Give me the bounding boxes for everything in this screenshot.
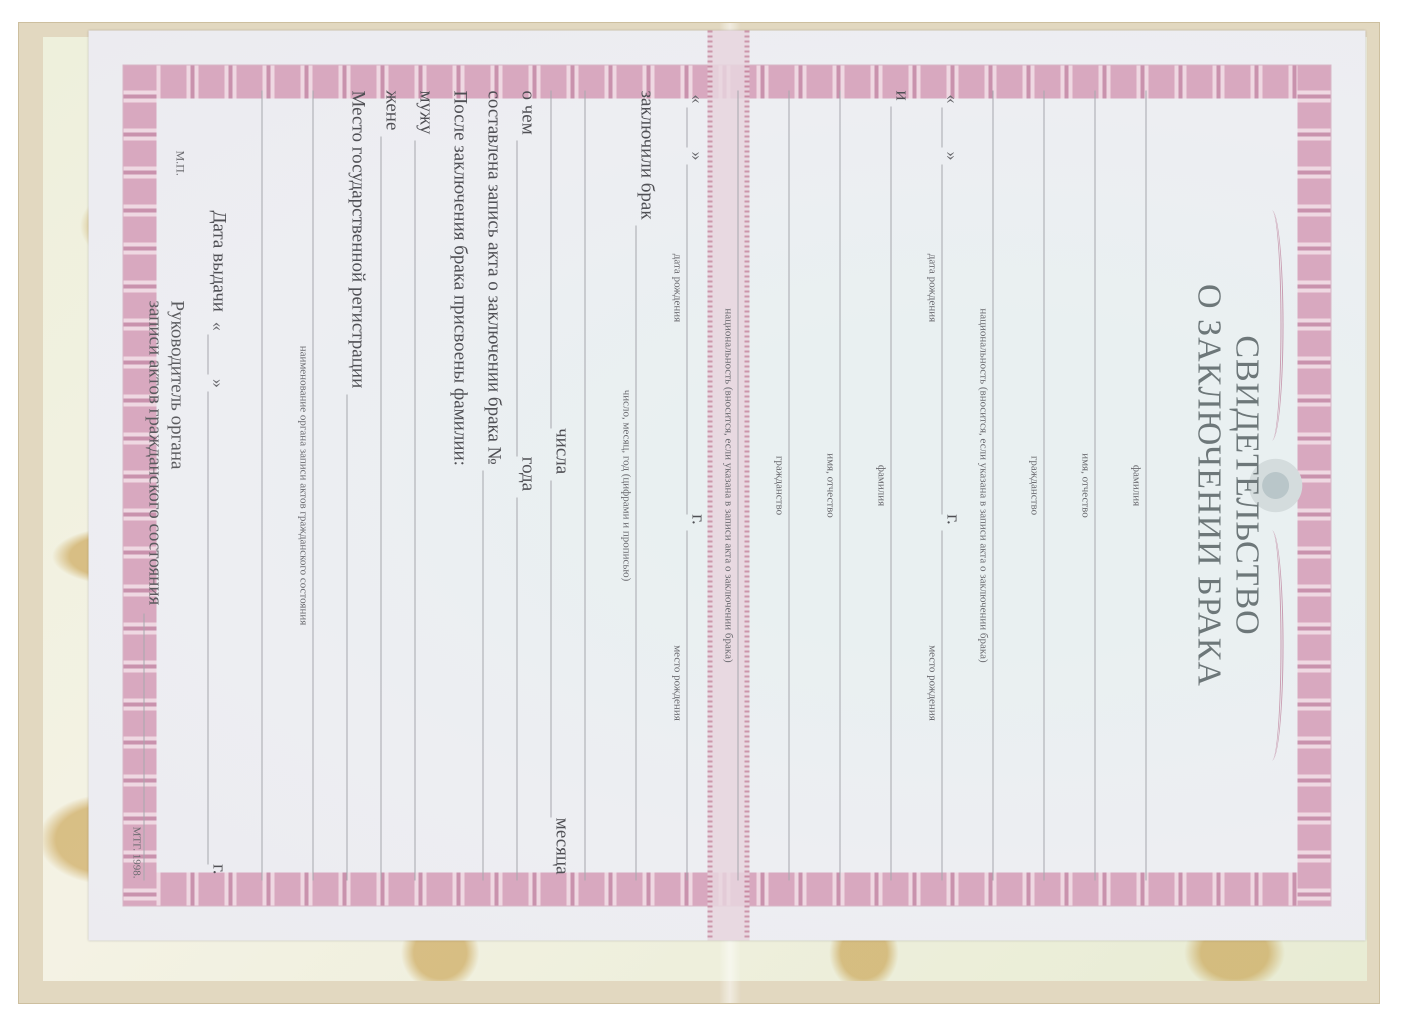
- title-line-2: О ЗАКЛЮЧЕНИИ БРАКА: [1189, 90, 1227, 880]
- marriage-year-field[interactable]: [516, 140, 539, 456]
- quote-close: »: [686, 147, 707, 164]
- person1-name-field[interactable]: [1094, 90, 1117, 880]
- person2-birth-month-year-field[interactable]: [686, 164, 709, 514]
- married-label: заключили брак: [635, 90, 657, 225]
- marriage-certificate: СВИДЕТЕЛЬСТВО О ЗАКЛЮЧЕНИИ БРАКА фамилия…: [88, 30, 1365, 940]
- person1-birth-day-field[interactable]: [941, 107, 964, 147]
- person2-name-field[interactable]: [839, 90, 862, 880]
- certificate-title: СВИДЕТЕЛЬСТВО О ЗАКЛЮЧЕНИИ БРАКА: [1189, 90, 1265, 880]
- form-code: МТГ. 1998.: [130, 826, 142, 878]
- person1-nationality-field[interactable]: [992, 90, 1015, 880]
- caption-birthdate: дата рождения: [669, 90, 685, 485]
- marriage-date-field[interactable]: [635, 225, 658, 880]
- and-label: и: [890, 90, 912, 106]
- person2-birth-day-field[interactable]: [686, 107, 709, 147]
- year-suffix: г.: [686, 514, 708, 530]
- wife-surname-field[interactable]: [380, 136, 403, 880]
- day-label: числа: [550, 428, 572, 480]
- quote-close: »: [941, 147, 962, 164]
- certificate-content: СВИДЕТЕЛЬСТВО О ЗАКЛЮЧЕНИИ БРАКА фамилия…: [143, 90, 1265, 880]
- quote-open: «: [686, 90, 707, 107]
- person1-surname-field[interactable]: [1145, 90, 1168, 880]
- person1-citizenship-field[interactable]: [1043, 90, 1066, 880]
- husband-surname-field[interactable]: [414, 140, 437, 880]
- issue-day-field[interactable]: [207, 334, 230, 374]
- head-label-line-2: записи актов гражданского состояния: [143, 300, 165, 605]
- certificate-holder: СВИДЕТЕЛЬСТВО О ЗАКЛЮЧЕНИИ БРАКА фамилия…: [88, 30, 1365, 940]
- person2-birthplace-field[interactable]: [686, 530, 709, 880]
- surnames-label: После заключения брака присвоены фамилии…: [448, 90, 470, 471]
- year-suffix: г.: [207, 864, 229, 880]
- marriage-day-field[interactable]: [550, 90, 573, 428]
- caption-surname: фамилия: [1128, 90, 1144, 880]
- caption-surname: фамилия: [873, 90, 889, 880]
- caption-nationality: национальность (вносится, если указана в…: [975, 90, 991, 880]
- person2-citizenship-field[interactable]: [788, 90, 811, 880]
- caption-birthdate: дата рождения: [924, 90, 940, 485]
- issue-date-label: Дата выдачи: [207, 210, 229, 317]
- person1-birth-month-year-field[interactable]: [941, 164, 964, 514]
- quote-close: »: [207, 374, 228, 391]
- marriage-month-field[interactable]: [550, 480, 573, 818]
- marriage-date-caption: число, месяц, год (цифрами и прописью): [618, 90, 634, 880]
- registration-place-field-2[interactable]: [312, 90, 335, 880]
- person2-surname-field[interactable]: [890, 106, 913, 880]
- about-label: о чем: [516, 90, 538, 140]
- after-year-field[interactable]: [516, 497, 539, 880]
- caption-citizenship: гражданство: [771, 90, 787, 880]
- person2-nationality-field[interactable]: [737, 90, 760, 880]
- month-label: месяца: [550, 817, 572, 880]
- registration-caption: наименование органа записи актов граждан…: [295, 90, 311, 880]
- title-line-1: СВИДЕТЕЛЬСТВО: [1227, 90, 1265, 880]
- registration-place-field[interactable]: [346, 394, 369, 880]
- quote-open: «: [207, 317, 228, 334]
- caption-birthplace: место рождения: [924, 485, 940, 880]
- marriage-date-words-field[interactable]: [584, 90, 607, 880]
- head-signature-label: Руководитель органа записи актов граждан…: [143, 300, 187, 605]
- year-label: года: [516, 456, 538, 496]
- caption-nationality: национальность (вносится, если указана в…: [720, 90, 736, 880]
- caption-name: имя, отчество: [822, 90, 838, 880]
- head-label-line-1: Руководитель органа: [165, 300, 187, 605]
- quote-open: «: [941, 90, 962, 107]
- head-signature-field[interactable]: [143, 613, 166, 880]
- caption-citizenship: гражданство: [1026, 90, 1042, 880]
- issue-month-year-field[interactable]: [207, 391, 230, 863]
- caption-birthplace: место рождения: [669, 485, 685, 880]
- person1-birthplace-field[interactable]: [941, 530, 964, 880]
- record-number-field[interactable]: [482, 470, 505, 880]
- record-number-label: составлена запись акта о заключении брак…: [482, 90, 504, 470]
- stamp-label: М.П.: [172, 90, 187, 300]
- registration-place-label: Место государственной регистрации: [346, 90, 368, 394]
- year-suffix: г.: [941, 514, 963, 530]
- husband-label: мужу: [414, 90, 436, 140]
- wife-label: жене: [380, 90, 402, 136]
- registration-place-field-3[interactable]: [261, 90, 284, 880]
- caption-name: имя, отчество: [1077, 90, 1093, 880]
